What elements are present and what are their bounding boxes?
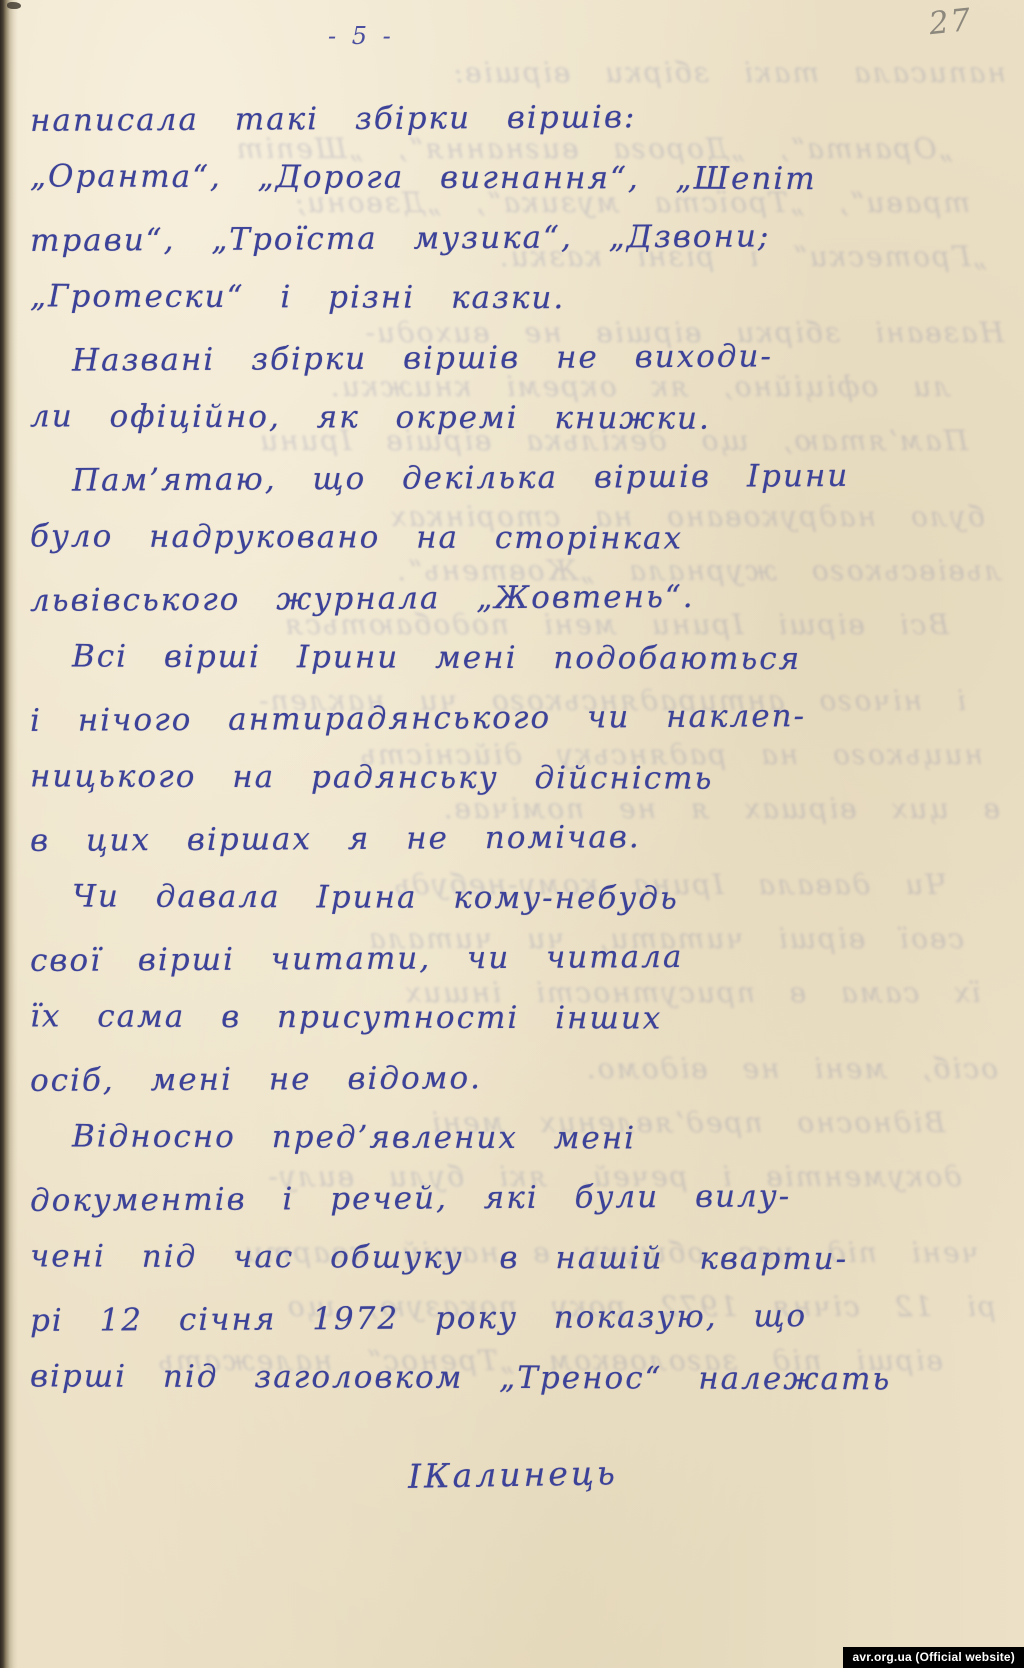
handwritten-line: ницького на радянську дійсність	[30, 746, 990, 809]
page-number-label: - 5 -	[328, 22, 395, 50]
handwritten-line: львівського журнала „Жовтень“.	[30, 565, 990, 631]
handwritten-line: „Оранта“, „Дорога вигнання“, „Шепіт	[30, 146, 990, 209]
handwritten-line: Всі вірші Ірини мені подобаються	[30, 626, 990, 689]
signature: ІКалинець	[408, 1453, 618, 1496]
handwritten-line: написала такі збірки віршів:	[30, 85, 990, 151]
handwritten-line: чені під час обшуку в нашій кварти-	[30, 1226, 990, 1289]
handwritten-line: трави“, „Троїста музика“, „Дзвони;	[30, 205, 990, 271]
handwritten-line: було надруковано на сторінках	[30, 506, 990, 569]
handwritten-line: свої вірші читати, чи читала	[30, 925, 990, 991]
handwritten-line: Відносно пред’явлених мені	[30, 1106, 990, 1169]
handwritten-line: ли офіційно, як окремі книжки.	[30, 386, 990, 449]
watermark-badge: avr.org.ua (Official website)	[843, 1647, 1024, 1668]
handwritten-line: Названі збірки віршів не виходи-	[30, 325, 990, 391]
handwritten-line: Чи давала Ірина кому-небудь	[30, 866, 990, 929]
handwritten-line: рі 12 січня 1972 року показую, що	[30, 1285, 990, 1351]
bleedthrough-line: написала такі збірки віршів:	[452, 56, 1006, 89]
handwritten-text-block: написала такі збірки віршів:„Оранта“, „Д…	[30, 88, 990, 1408]
handwritten-line: в цих віршах я не помічав.	[30, 805, 990, 871]
handwritten-line: Пам’ятаю, що декілька віршів Ірини	[30, 445, 990, 511]
sheet-number-pencil: 27	[927, 2, 974, 42]
scan-speck	[7, 2, 21, 9]
page-edge-shadow	[0, 0, 18, 1668]
handwritten-line: документів і речей, які були вилу-	[30, 1165, 990, 1231]
handwritten-line: осіб, мені не відомо.	[30, 1045, 990, 1111]
handwritten-line: „Гротески“ і різні казки.	[30, 266, 990, 329]
handwritten-line: і нічого антирадянського чи наклеп-	[30, 685, 990, 751]
handwritten-line: їх сама в присутності інших	[30, 986, 990, 1049]
handwritten-line: вірші під заголовком „Тренос“ належать	[30, 1346, 990, 1409]
document-page: написала такі збірки віршів:„Оранта“, „Д…	[0, 0, 1024, 1668]
